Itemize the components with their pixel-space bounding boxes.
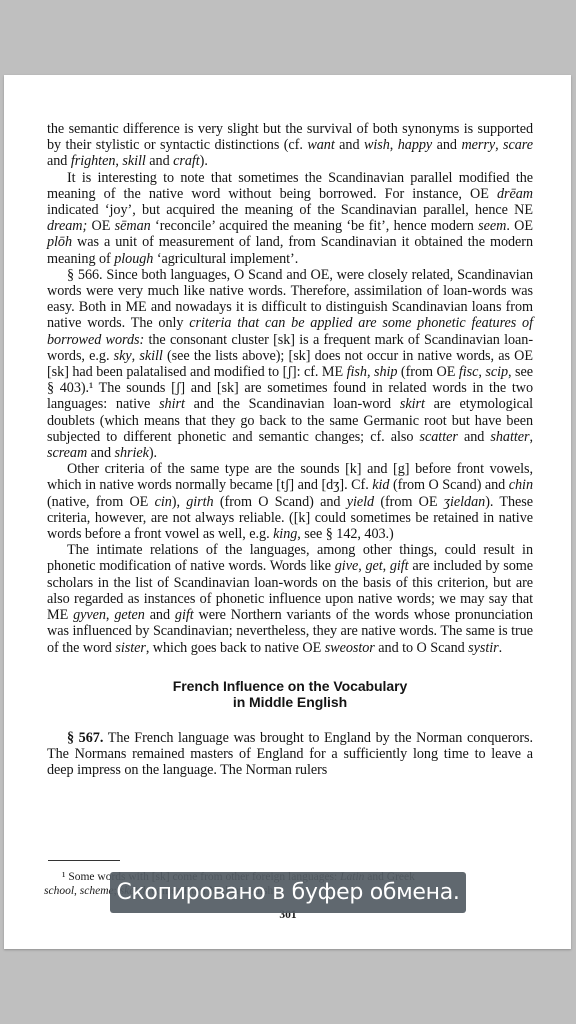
page-body-text: the semantic difference is very slight b… — [47, 121, 533, 778]
section-heading: French Influence on the Vocabulary in Mi… — [47, 678, 533, 710]
section-heading-line-2: in Middle English — [47, 694, 533, 710]
paragraph: the semantic difference is very slight b… — [47, 121, 533, 170]
section-heading-line-1: French Influence on the Vocabulary — [47, 678, 533, 694]
copied-to-clipboard-toast: Скопировано в буфер обмена. — [110, 872, 466, 913]
paragraph: § 566. Since both languages, O Scand and… — [47, 267, 533, 461]
paragraph: The intimate relations of the languages,… — [47, 542, 533, 655]
paragraph: § 567. The French language was brought t… — [47, 730, 533, 779]
paragraph-list: the semantic difference is very slight b… — [47, 121, 533, 656]
paragraph-list-after-heading: § 567. The French language was brought t… — [47, 730, 533, 779]
footnote-rule — [48, 860, 120, 861]
paragraph: Other criteria of the same type are the … — [47, 461, 533, 542]
paragraph: It is interesting to note that sometimes… — [47, 170, 533, 267]
